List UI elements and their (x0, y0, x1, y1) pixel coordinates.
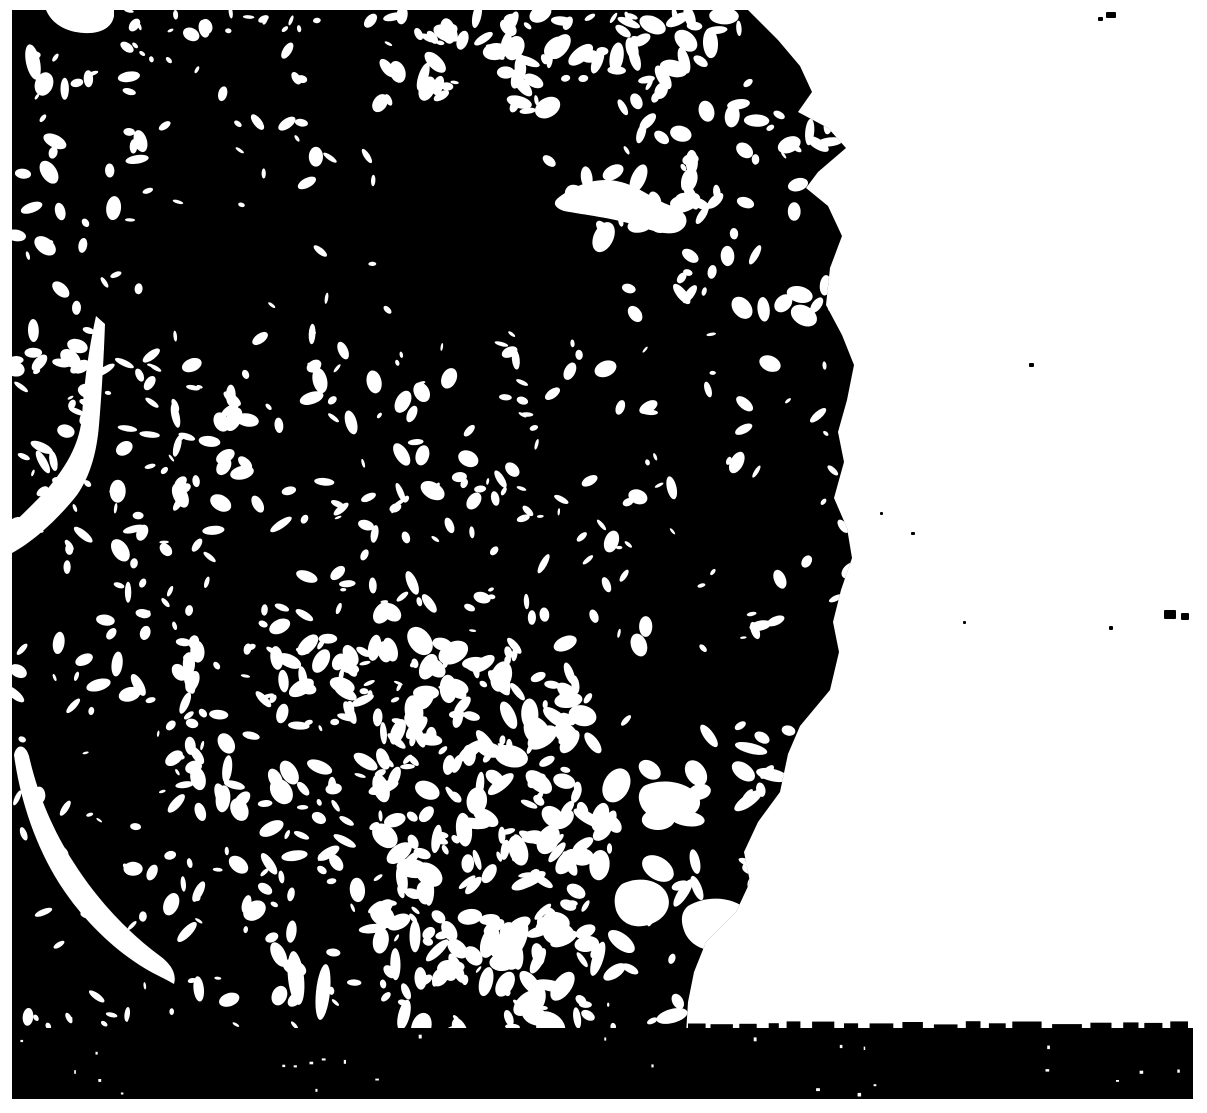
scale-dash (769, 1023, 779, 1030)
bar-speck (322, 1058, 326, 1060)
micrograph-svg (0, 0, 1207, 1113)
bar-speck (651, 1064, 653, 1067)
texture-speckle (410, 920, 421, 952)
bar-speck (604, 1038, 606, 1041)
bar-speck (344, 1060, 346, 1064)
texture-speckle (262, 168, 266, 178)
bar-speck (864, 1047, 866, 1050)
scale-dash (812, 1022, 834, 1030)
bar-speck (754, 1037, 757, 1041)
background-speck (1098, 17, 1103, 21)
background-speck (963, 621, 966, 624)
texture-speckle (124, 862, 143, 876)
bar-speck (96, 1052, 98, 1055)
bar-speck (98, 1079, 101, 1082)
bar-speck (310, 1062, 314, 1065)
background-speck (1029, 363, 1034, 367)
bar-speck (1140, 1071, 1144, 1074)
background-speck (1106, 12, 1116, 18)
background-speck (1164, 610, 1176, 619)
scale-dash (1144, 1023, 1162, 1030)
scale-dash (934, 1024, 958, 1030)
background-speck (911, 532, 915, 535)
scale-dash (1012, 1022, 1041, 1031)
texture-speckle (125, 582, 131, 603)
bar-speck (282, 1065, 285, 1067)
info-bar-body (12, 1028, 1193, 1099)
bar-speck (1177, 1070, 1180, 1073)
bar-speck (419, 1035, 422, 1039)
bar-speck (294, 1065, 297, 1067)
scale-dash (1090, 1023, 1111, 1030)
scale-dash (711, 1024, 733, 1030)
bar-speck (1047, 1046, 1050, 1050)
bar-speck (20, 1040, 23, 1042)
scale-dash (902, 1022, 923, 1030)
scale-dash (844, 1023, 858, 1030)
sem-micrograph-figure (0, 0, 1207, 1113)
bar-speck (375, 1079, 379, 1081)
bar-speck (121, 1093, 124, 1095)
scale-dash (787, 1021, 801, 1030)
background-speck (1181, 613, 1189, 620)
info-bar (12, 1021, 1193, 1099)
scale-dash (989, 1023, 1006, 1030)
bar-speck (74, 1070, 76, 1074)
bar-speck (840, 1045, 843, 1048)
texture-speckle (788, 202, 801, 221)
background-speck (880, 512, 883, 515)
bar-speck (858, 1093, 862, 1097)
texture-speckle (169, 1008, 174, 1015)
bar-speck (874, 1084, 877, 1086)
texture-speckle (226, 385, 236, 406)
texture-speckle (309, 147, 323, 167)
bar-speck (315, 1089, 317, 1092)
scale-dash (688, 1024, 706, 1031)
bar-speck (1116, 1080, 1119, 1082)
scale-dash (1170, 1021, 1188, 1030)
scale-dash (1052, 1024, 1082, 1030)
scale-dash (966, 1021, 981, 1030)
scale-dash (1123, 1022, 1138, 1030)
bar-speck (1046, 1069, 1050, 1072)
scale-dash (739, 1024, 756, 1030)
background-speck (1109, 626, 1113, 630)
scale-dash (870, 1023, 894, 1030)
texture-speckle (639, 616, 652, 637)
texture-speckle (60, 78, 68, 100)
bar-speck (816, 1088, 820, 1091)
